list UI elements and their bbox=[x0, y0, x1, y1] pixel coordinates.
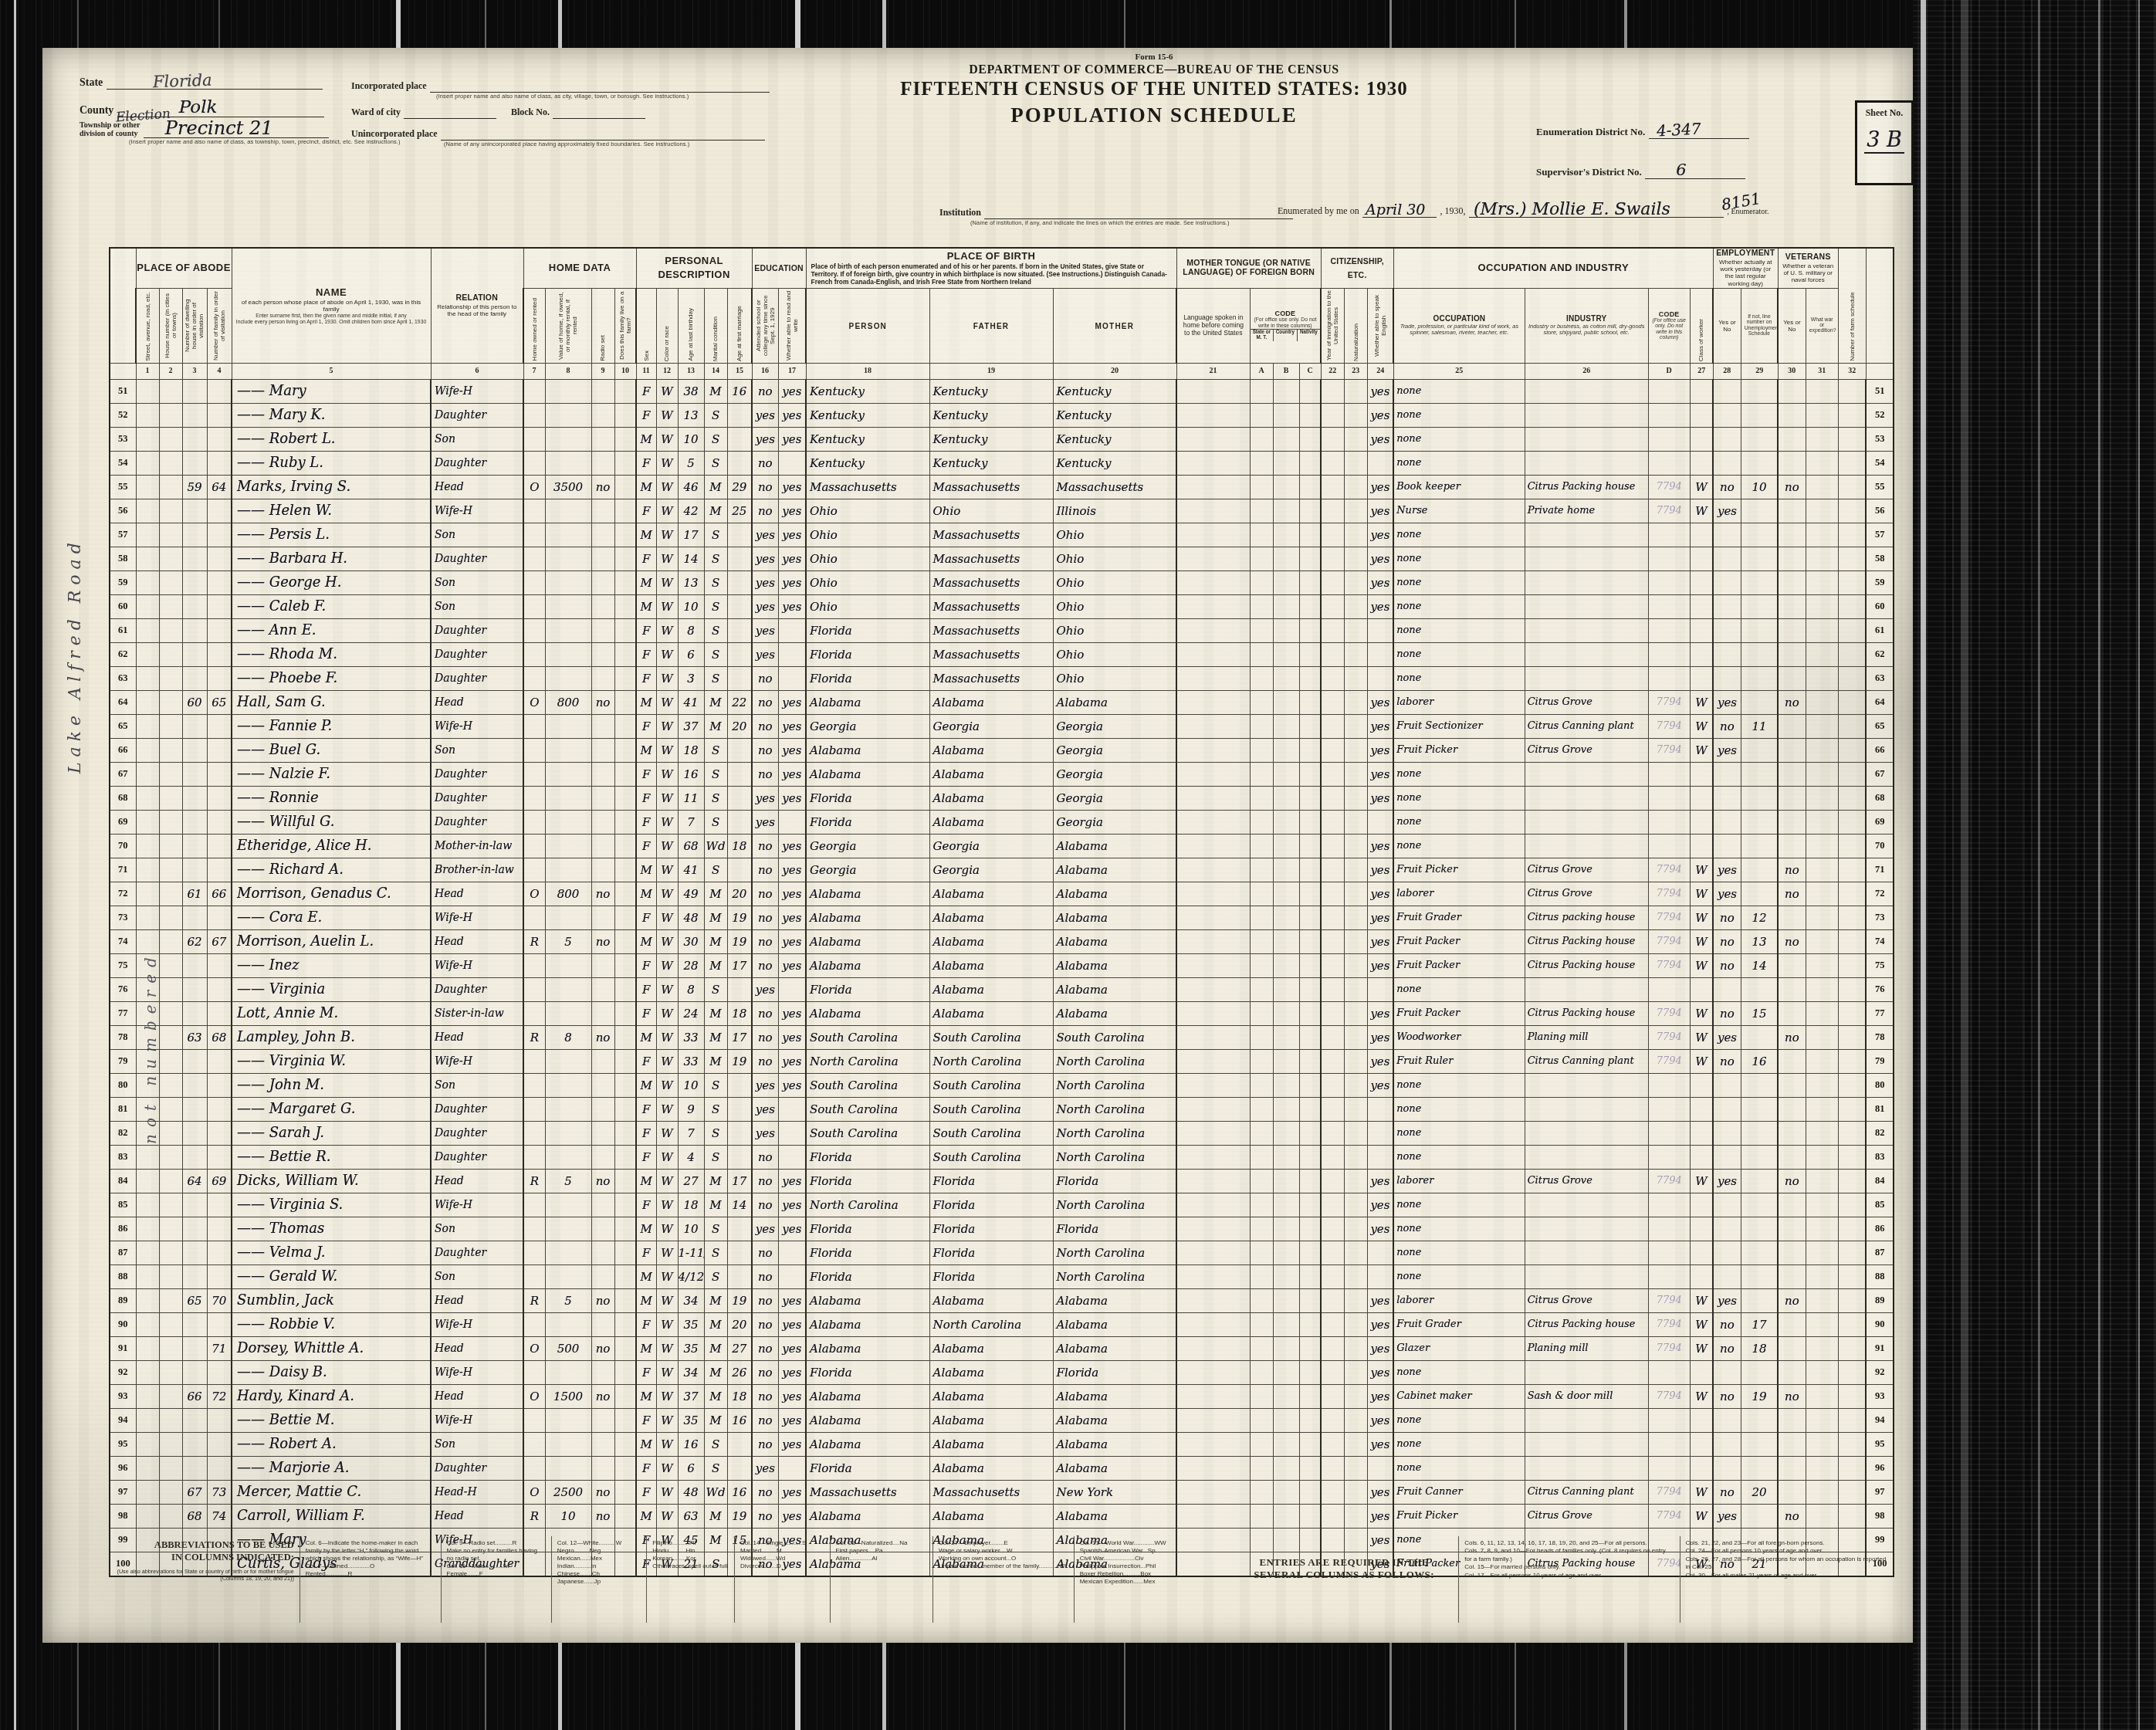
cell-nat bbox=[1344, 1264, 1367, 1288]
cell-cc bbox=[1299, 403, 1321, 427]
cell-rel: Daughter bbox=[431, 666, 523, 690]
cell-pf: Florida bbox=[929, 1217, 1053, 1241]
cell-eng: yes bbox=[1367, 762, 1393, 786]
cell-eng: yes bbox=[1367, 1025, 1393, 1049]
cell-farm bbox=[614, 523, 636, 547]
cell-nat bbox=[1344, 1241, 1367, 1264]
cell-farm bbox=[614, 1169, 636, 1193]
cell-rel: Wife-H bbox=[431, 499, 523, 523]
cell-sex: M bbox=[636, 475, 656, 499]
cell-occ: none bbox=[1393, 403, 1525, 427]
cell-own bbox=[523, 953, 545, 977]
cell-cc bbox=[1299, 1217, 1321, 1241]
cell-imm bbox=[1321, 1169, 1344, 1193]
cell-wk bbox=[1713, 403, 1741, 427]
cell-cw: W bbox=[1690, 929, 1713, 953]
cell-fs bbox=[1838, 882, 1866, 906]
cell-st bbox=[136, 1264, 159, 1288]
cell-cc bbox=[1299, 1097, 1321, 1121]
cell-fs bbox=[1838, 1025, 1866, 1049]
cell-fs bbox=[1838, 1336, 1866, 1360]
cell-war bbox=[1806, 1480, 1838, 1504]
cell-am: 26 bbox=[727, 1360, 752, 1384]
cell-sch: no bbox=[752, 1384, 778, 1408]
cell-col: W bbox=[656, 906, 678, 929]
cell-eng: yes bbox=[1367, 882, 1393, 906]
cell-hn bbox=[159, 977, 182, 1001]
cell-fs bbox=[1838, 1073, 1866, 1097]
film-streak bbox=[2098, 0, 2100, 1730]
cell-imm bbox=[1321, 1121, 1344, 1145]
cell-ul bbox=[1741, 882, 1778, 906]
cell-pf: South Carolina bbox=[929, 1073, 1053, 1097]
cell-cb bbox=[1273, 1288, 1299, 1312]
cell-nat bbox=[1344, 1193, 1367, 1217]
footnote-block: Filipino..........FilHindu..........HinK… bbox=[646, 1536, 734, 1623]
cell-cc bbox=[1299, 427, 1321, 451]
cell-farm bbox=[614, 403, 636, 427]
cell-pf: Florida bbox=[929, 1264, 1053, 1288]
cell-rel: Wife-H bbox=[431, 1408, 523, 1432]
cell-fam bbox=[207, 523, 232, 547]
cell-war bbox=[1806, 1169, 1838, 1193]
cell-cd: 7794 bbox=[1648, 1169, 1690, 1193]
cell-war bbox=[1806, 618, 1838, 642]
cell-n2: 64 bbox=[1866, 690, 1894, 714]
cell-pm: Ohio bbox=[1053, 547, 1176, 570]
cell-sex: M bbox=[636, 929, 656, 953]
cell-cb bbox=[1273, 1336, 1299, 1360]
cell-n2: 65 bbox=[1866, 714, 1894, 738]
cell-pm: Kentucky bbox=[1053, 427, 1176, 451]
cell-eng: yes bbox=[1367, 1288, 1393, 1312]
cell-ind bbox=[1525, 523, 1648, 547]
cell-dw bbox=[182, 977, 207, 1001]
cell-cw: W bbox=[1690, 1025, 1713, 1049]
table-row: 86—— ThomasSonMW10SyesyesFloridaFloridaF… bbox=[110, 1217, 1894, 1241]
cell-imm bbox=[1321, 1480, 1344, 1504]
cell-cd: 7794 bbox=[1648, 714, 1690, 738]
schedule-paper: Form 15-6 DEPARTMENT OF COMMERCE—BUREAU … bbox=[42, 48, 1913, 1643]
cell-cc bbox=[1299, 1408, 1321, 1432]
cell-val: 3500 bbox=[545, 475, 591, 499]
cell-rel: Wife-H bbox=[431, 1360, 523, 1384]
cell-am bbox=[727, 666, 752, 690]
cell-ind bbox=[1525, 1073, 1648, 1097]
column-number: 32 bbox=[1838, 363, 1866, 379]
cell-own bbox=[523, 1121, 545, 1145]
cell-ul: 15 bbox=[1741, 1001, 1778, 1025]
cell-vet bbox=[1778, 1073, 1806, 1097]
cell-cd bbox=[1648, 1097, 1690, 1121]
cell-ul bbox=[1741, 1145, 1778, 1169]
cell-sex: F bbox=[636, 1312, 656, 1336]
table-row: 896570Sumblin, JackHeadR5noMW34M19noyesA… bbox=[110, 1288, 1894, 1312]
column-number: C bbox=[1299, 363, 1321, 379]
cell-cd: 7794 bbox=[1648, 906, 1690, 929]
cell-age: 11 bbox=[678, 786, 704, 810]
column-immigration-year: Year of immigration to the United States bbox=[1321, 288, 1344, 363]
cell-age: 48 bbox=[678, 906, 704, 929]
cell-rad bbox=[591, 1456, 614, 1480]
column-number: 30 bbox=[1778, 363, 1806, 379]
cell-age: 41 bbox=[678, 690, 704, 714]
cell-fam: 68 bbox=[207, 1025, 232, 1049]
column-sex: Sex bbox=[636, 288, 656, 363]
cell-am: 25 bbox=[727, 499, 752, 523]
footnote-line: Wage or salary worker....W bbox=[939, 1547, 1068, 1555]
cell-rad: no bbox=[591, 1025, 614, 1049]
cell-wk bbox=[1713, 427, 1741, 451]
cell-hn bbox=[159, 1169, 182, 1193]
cell-sex: F bbox=[636, 451, 656, 475]
cell-occ: Fruit Picker bbox=[1393, 738, 1525, 762]
cell-n: 51 bbox=[110, 379, 136, 403]
cell-cw: W bbox=[1690, 953, 1713, 977]
cell-cd bbox=[1648, 547, 1690, 570]
county-value: Polk bbox=[179, 97, 218, 117]
cell-ul bbox=[1741, 1264, 1778, 1288]
cell-wk: yes bbox=[1713, 738, 1741, 762]
cell-sch: no bbox=[752, 858, 778, 882]
cell-name: —— John M. bbox=[232, 1073, 431, 1097]
cell-fs bbox=[1838, 1504, 1866, 1528]
cell-vet: no bbox=[1778, 1504, 1806, 1528]
cell-vet bbox=[1778, 570, 1806, 594]
cell-cc bbox=[1299, 475, 1321, 499]
cell-name: —— Fannie P. bbox=[232, 714, 431, 738]
cell-own bbox=[523, 1001, 545, 1025]
cell-rw: yes bbox=[778, 1049, 806, 1073]
cell-pf: Alabama bbox=[929, 1360, 1053, 1384]
cell-pf: Massachusetts bbox=[929, 547, 1053, 570]
cell-occ: none bbox=[1393, 1456, 1525, 1480]
cell-farm bbox=[614, 929, 636, 953]
cell-val bbox=[545, 1121, 591, 1145]
cell-pm: Alabama bbox=[1053, 1456, 1176, 1480]
cell-war bbox=[1806, 1312, 1838, 1336]
cell-cw bbox=[1690, 547, 1713, 570]
entries-required-line: Col. 15—For married persons only. bbox=[1464, 1563, 1674, 1571]
cell-mar: M bbox=[704, 1001, 727, 1025]
cell-cc bbox=[1299, 642, 1321, 666]
cell-pb: Alabama bbox=[806, 1312, 929, 1336]
institution-label: Institution bbox=[939, 207, 981, 218]
cell-war bbox=[1806, 570, 1838, 594]
cell-col: W bbox=[656, 570, 678, 594]
cell-vet bbox=[1778, 810, 1806, 834]
cell-own: O bbox=[523, 1384, 545, 1408]
cell-pm: Alabama bbox=[1053, 1001, 1176, 1025]
state-field: State Florida bbox=[80, 76, 323, 90]
cell-val: 5 bbox=[545, 929, 591, 953]
column-war-expedition: What war or expedition? bbox=[1806, 288, 1838, 363]
cell-own bbox=[523, 1360, 545, 1384]
cell-rad bbox=[591, 1241, 614, 1264]
cell-lang bbox=[1176, 858, 1250, 882]
cell-dw bbox=[182, 427, 207, 451]
cell-eng bbox=[1367, 977, 1393, 1001]
cell-pf: Alabama bbox=[929, 1456, 1053, 1480]
cell-name: —— Virginia W. bbox=[232, 1049, 431, 1073]
footnote-line: Make no entry for families having no rad… bbox=[447, 1547, 546, 1562]
cell-cw bbox=[1690, 1073, 1713, 1097]
cell-am: 29 bbox=[727, 475, 752, 499]
cell-war bbox=[1806, 403, 1838, 427]
cell-name: —— Inez bbox=[232, 953, 431, 977]
cell-cw: W bbox=[1690, 906, 1713, 929]
cell-name: —— Sarah J. bbox=[232, 1121, 431, 1145]
cell-rel: Head bbox=[431, 1025, 523, 1049]
cell-name: —— Persis L. bbox=[232, 523, 431, 547]
cell-eng: yes bbox=[1367, 738, 1393, 762]
cell-nat bbox=[1344, 1097, 1367, 1121]
cell-eng: yes bbox=[1367, 1504, 1393, 1528]
cell-val bbox=[545, 1456, 591, 1480]
cell-occ: Fruit Sectionizer bbox=[1393, 714, 1525, 738]
ward-field: Ward of city Block No. bbox=[351, 105, 645, 119]
cell-n2: 89 bbox=[1866, 1288, 1894, 1312]
cell-wk bbox=[1713, 1217, 1741, 1241]
cell-lang bbox=[1176, 570, 1250, 594]
cell-n2: 92 bbox=[1866, 1360, 1894, 1384]
cell-pf: Alabama bbox=[929, 810, 1053, 834]
cell-cd bbox=[1648, 1241, 1690, 1264]
cell-n: 73 bbox=[110, 906, 136, 929]
table-row: 62—— Rhoda M.DaughterFW6SyesFloridaMassa… bbox=[110, 642, 1894, 666]
cell-rel: Daughter bbox=[431, 810, 523, 834]
cell-nat bbox=[1344, 570, 1367, 594]
cell-fs bbox=[1838, 1360, 1866, 1384]
cell-imm bbox=[1321, 1408, 1344, 1432]
cell-n: 75 bbox=[110, 953, 136, 977]
cell-n: 69 bbox=[110, 810, 136, 834]
cell-farm bbox=[614, 1456, 636, 1480]
cell-pm: Ohio bbox=[1053, 642, 1176, 666]
cell-am: 19 bbox=[727, 1504, 752, 1528]
cell-cw bbox=[1690, 1432, 1713, 1456]
cell-cc bbox=[1299, 1288, 1321, 1312]
cell-ca bbox=[1250, 403, 1273, 427]
column-age: Age at last birthday bbox=[678, 288, 704, 363]
cell-rad bbox=[591, 1097, 614, 1121]
cell-eng: yes bbox=[1367, 929, 1393, 953]
cell-pb: North Carolina bbox=[806, 1193, 929, 1217]
cell-fam bbox=[207, 834, 232, 858]
cell-pb: Alabama bbox=[806, 929, 929, 953]
cell-sch: yes bbox=[752, 547, 778, 570]
cell-ind bbox=[1525, 977, 1648, 1001]
cell-name: Morrison, Genadus C. bbox=[232, 882, 431, 906]
cell-farm bbox=[614, 858, 636, 882]
cell-rel: Head bbox=[431, 1336, 523, 1360]
cell-name: —— Cora E. bbox=[232, 906, 431, 929]
cell-fam: 69 bbox=[207, 1169, 232, 1193]
cell-mar: M bbox=[704, 1408, 727, 1432]
cell-imm bbox=[1321, 403, 1344, 427]
cell-dw bbox=[182, 1073, 207, 1097]
cell-rel: Daughter bbox=[431, 1121, 523, 1145]
cell-pb: Alabama bbox=[806, 1432, 929, 1456]
cell-name: Mercer, Mattie C. bbox=[232, 1480, 431, 1504]
cell-occ: Nurse bbox=[1393, 499, 1525, 523]
cell-cb bbox=[1273, 1384, 1299, 1408]
cell-n2: 69 bbox=[1866, 810, 1894, 834]
cell-imm bbox=[1321, 1384, 1344, 1408]
cell-col: W bbox=[656, 451, 678, 475]
cell-mar: S bbox=[704, 1217, 727, 1241]
cell-farm bbox=[614, 762, 636, 786]
cell-occ: none bbox=[1393, 570, 1525, 594]
cell-sch: no bbox=[752, 1504, 778, 1528]
cell-cd bbox=[1648, 1360, 1690, 1384]
footnote-line: Col. 11—Male...........M bbox=[447, 1562, 546, 1570]
group-occupation-industry: OCCUPATION AND INDUSTRY bbox=[1393, 248, 1713, 288]
cell-rel: Head bbox=[431, 1169, 523, 1193]
cell-mar: S bbox=[704, 1145, 727, 1169]
cell-ul bbox=[1741, 1169, 1778, 1193]
cell-fam bbox=[207, 762, 232, 786]
cell-name: —— Margaret G. bbox=[232, 1097, 431, 1121]
cell-age: 4/12 bbox=[678, 1264, 704, 1288]
township-caption: (Insert proper name and also name of cla… bbox=[129, 138, 357, 145]
cell-name: Lott, Annie M. bbox=[232, 1001, 431, 1025]
cell-cw bbox=[1690, 523, 1713, 547]
cell-cc bbox=[1299, 1432, 1321, 1456]
cell-own: O bbox=[523, 882, 545, 906]
cell-val: 800 bbox=[545, 690, 591, 714]
cell-n: 85 bbox=[110, 1193, 136, 1217]
entries-required-title: ENTRIES ARE REQUIRED IN THE SEVERAL COLU… bbox=[1230, 1536, 1458, 1623]
cell-pb: Alabama bbox=[806, 690, 929, 714]
cell-n2: 66 bbox=[1866, 738, 1894, 762]
entries-title-2: SEVERAL COLUMNS AS FOLLOWS: bbox=[1235, 1569, 1453, 1581]
cell-wk: no bbox=[1713, 1384, 1741, 1408]
cell-imm bbox=[1321, 953, 1344, 977]
column-number: 8 bbox=[545, 363, 591, 379]
cell-sex: F bbox=[636, 810, 656, 834]
cell-war bbox=[1806, 1336, 1838, 1360]
cell-mar: M bbox=[704, 1025, 727, 1049]
cell-wk bbox=[1713, 666, 1741, 690]
cell-dw: 67 bbox=[182, 1480, 207, 1504]
cell-n2: 61 bbox=[1866, 618, 1894, 642]
cell-col: W bbox=[656, 1360, 678, 1384]
cell-n2: 84 bbox=[1866, 1169, 1894, 1193]
cell-nat bbox=[1344, 547, 1367, 570]
cell-vet bbox=[1778, 1480, 1806, 1504]
cell-rw: yes bbox=[778, 379, 806, 403]
column-worked-yesterday: Yes or No bbox=[1713, 288, 1741, 363]
cell-sex: M bbox=[636, 1336, 656, 1360]
cell-fam bbox=[207, 1049, 232, 1073]
cell-eng: yes bbox=[1367, 499, 1393, 523]
table-row: 76—— VirginiaDaughterFW8SyesFloridaAlaba… bbox=[110, 977, 1894, 1001]
cell-ind bbox=[1525, 1217, 1648, 1241]
cell-val bbox=[545, 714, 591, 738]
cell-st bbox=[136, 1384, 159, 1408]
cell-war bbox=[1806, 690, 1838, 714]
cell-val: 10 bbox=[545, 1504, 591, 1528]
cell-war bbox=[1806, 1025, 1838, 1049]
cell-am bbox=[727, 1073, 752, 1097]
cell-sch: yes bbox=[752, 1097, 778, 1121]
cell-pb: Alabama bbox=[806, 882, 929, 906]
cell-age: 13 bbox=[678, 570, 704, 594]
cell-pb: Florida bbox=[806, 1456, 929, 1480]
cell-col: W bbox=[656, 1432, 678, 1456]
cell-cw bbox=[1690, 666, 1713, 690]
entries-required-line: Cols. 26, 27, and 28—For all persons for… bbox=[1686, 1556, 1887, 1572]
cell-cd bbox=[1648, 786, 1690, 810]
cell-cd bbox=[1648, 810, 1690, 834]
cell-age: 18 bbox=[678, 738, 704, 762]
cell-cb bbox=[1273, 882, 1299, 906]
cell-fs bbox=[1838, 1193, 1866, 1217]
cell-pf: Massachusetts bbox=[929, 475, 1053, 499]
cell-imm bbox=[1321, 1217, 1344, 1241]
cell-sex: F bbox=[636, 499, 656, 523]
cell-rad bbox=[591, 618, 614, 642]
cell-sex: M bbox=[636, 570, 656, 594]
cell-cc bbox=[1299, 594, 1321, 618]
cell-rad bbox=[591, 427, 614, 451]
cell-mar: S bbox=[704, 1264, 727, 1288]
cell-dw bbox=[182, 403, 207, 427]
cell-ul bbox=[1741, 1073, 1778, 1097]
cell-am: 16 bbox=[727, 1480, 752, 1504]
cell-rel: Son bbox=[431, 570, 523, 594]
cell-ind bbox=[1525, 786, 1648, 810]
cell-eng: yes bbox=[1367, 547, 1393, 570]
cell-val bbox=[545, 858, 591, 882]
cell-occ: none bbox=[1393, 834, 1525, 858]
entries-required-line: Cols. 6, 11, 12, 13, 14, 16, 17, 18, 19,… bbox=[1464, 1539, 1674, 1547]
cell-val bbox=[545, 1049, 591, 1073]
cell-hn bbox=[159, 1121, 182, 1145]
cell-farm bbox=[614, 1241, 636, 1264]
cell-st bbox=[136, 523, 159, 547]
cell-n2: 97 bbox=[1866, 1480, 1894, 1504]
cell-sch: no bbox=[752, 1432, 778, 1456]
cell-cd: 7794 bbox=[1648, 858, 1690, 882]
cell-imm bbox=[1321, 786, 1344, 810]
cell-rw bbox=[778, 642, 806, 666]
cell-lang bbox=[1176, 906, 1250, 929]
cell-mar: M bbox=[704, 475, 727, 499]
cell-val bbox=[545, 523, 591, 547]
cell-fam bbox=[207, 451, 232, 475]
cell-ul bbox=[1741, 977, 1778, 1001]
cell-rel: Wife-H bbox=[431, 1193, 523, 1217]
cell-wk bbox=[1713, 1073, 1741, 1097]
census-title: FIFTEENTH CENSUS OF THE UNITED STATES: 1… bbox=[861, 79, 1447, 100]
cell-col: W bbox=[656, 786, 678, 810]
cell-cd bbox=[1648, 1145, 1690, 1169]
cell-eng: yes bbox=[1367, 1384, 1393, 1408]
cell-farm bbox=[614, 953, 636, 977]
cell-age: 4 bbox=[678, 1145, 704, 1169]
cell-n2: 91 bbox=[1866, 1336, 1894, 1360]
cell-ul bbox=[1741, 738, 1778, 762]
cell-col: W bbox=[656, 379, 678, 403]
enumerated-prefix: Enumerated by me on bbox=[1278, 205, 1359, 216]
cell-occ: none bbox=[1393, 451, 1525, 475]
cell-rad: no bbox=[591, 475, 614, 499]
cell-nat bbox=[1344, 1360, 1367, 1384]
cell-pm: Alabama bbox=[1053, 1504, 1176, 1528]
cell-occ: none bbox=[1393, 379, 1525, 403]
